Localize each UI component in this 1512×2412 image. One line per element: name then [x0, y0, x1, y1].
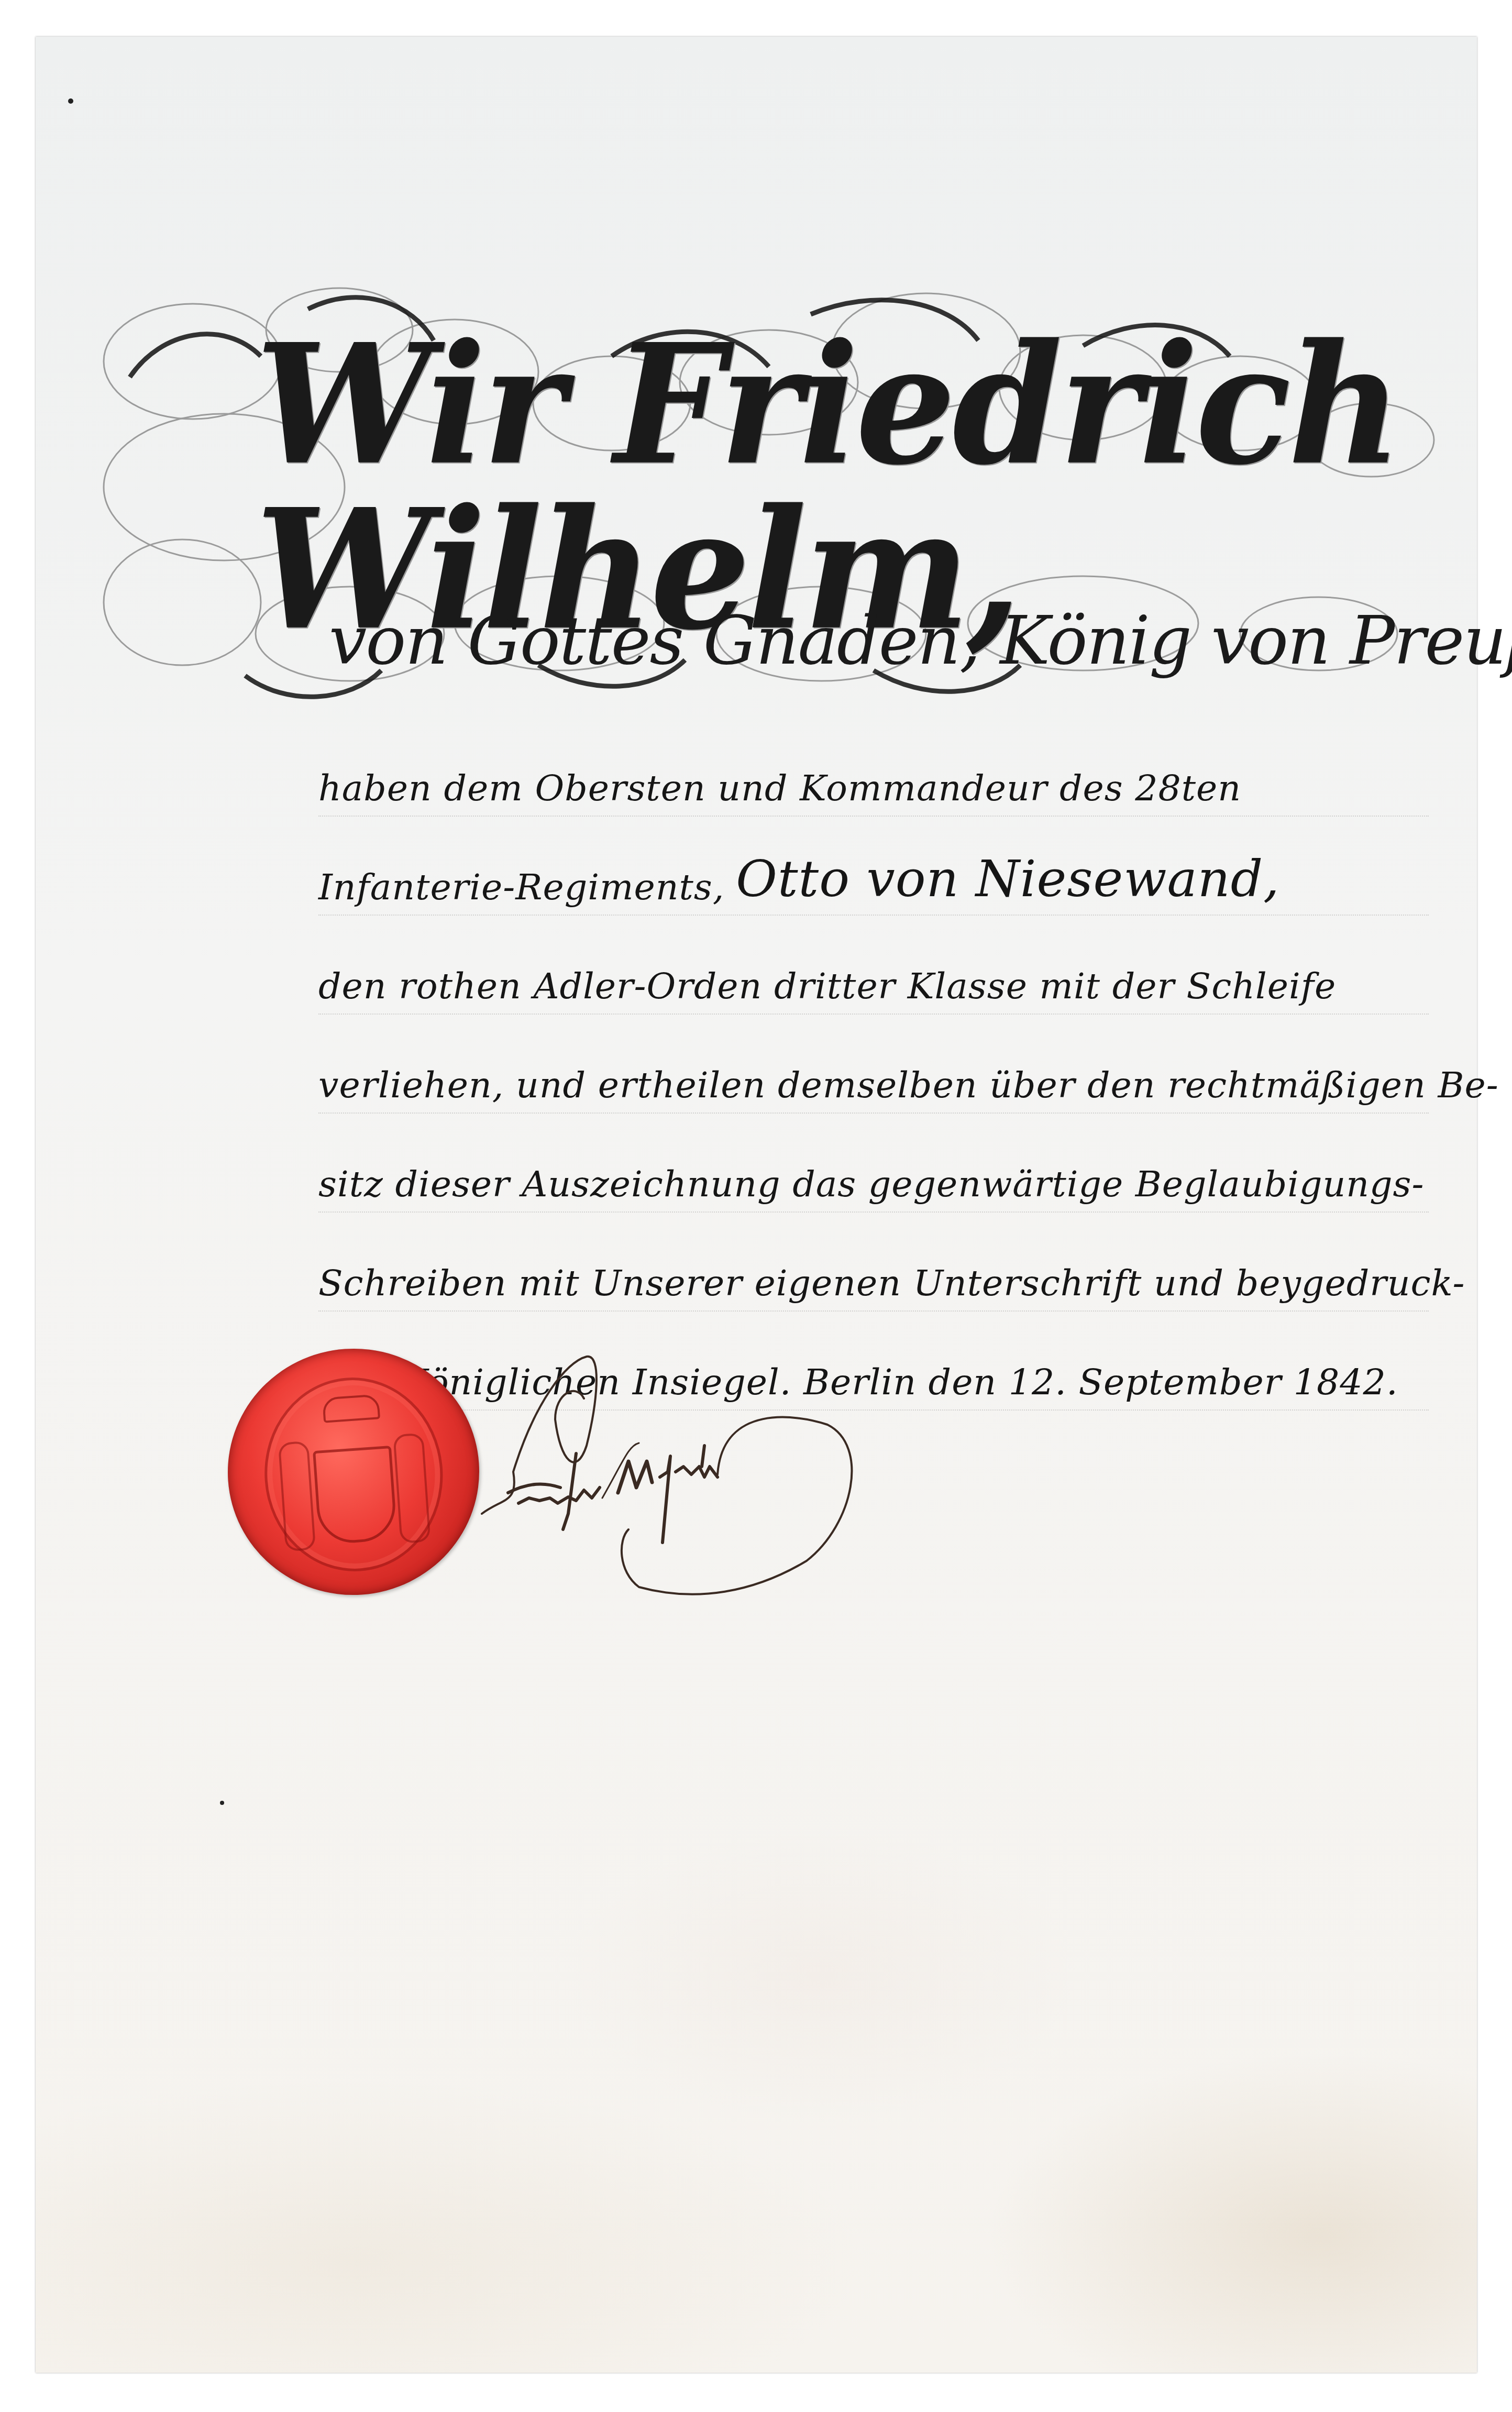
body-line-text: den rothen Adler-Orden dritter Klasse mi… — [318, 966, 1336, 1007]
body-line-text: Infanterie-Regiments, — [318, 867, 724, 908]
body-line-text: verliehen, und ertheilen demselben über … — [318, 1065, 1499, 1106]
body-line-text: Schreiben mit Unserer eigenen Unterschri… — [318, 1263, 1465, 1304]
body-line: den rothen Adler-Orden dritter Klasse mi… — [318, 916, 1429, 1015]
recipient-name: Otto von Niesewand, — [736, 850, 1279, 908]
body-line: Infanterie-Regiments, Otto von Niesewand… — [318, 817, 1429, 916]
body-line: sitz dieser Auszeichnung das gegenwärtig… — [318, 1114, 1429, 1213]
royal-signature: Friedrich Wilhelm — [471, 1341, 1309, 1734]
body-line-text: haben dem Obersten und Kommandeur des 28… — [318, 768, 1241, 809]
heading-royal-title: von Gottes Gnaden, König von Preußen, — [329, 608, 1512, 675]
paper-speck — [220, 1801, 224, 1805]
document-body: haben dem Obersten und Kommandeur des 28… — [318, 718, 1429, 1411]
body-line: verliehen, und ertheilen demselben über … — [318, 1015, 1429, 1114]
crown-icon — [322, 1394, 380, 1423]
paper-speck — [68, 98, 73, 104]
coat-of-arms-shield-icon — [313, 1446, 398, 1545]
document-paper: Wir Friedrich Wilhelm, von Gottes Gnaden… — [36, 37, 1477, 2373]
body-line-text: sitz dieser Auszeichnung das gegenwärtig… — [318, 1164, 1424, 1205]
body-line: Schreiben mit Unserer eigenen Unterschri… — [318, 1213, 1429, 1312]
body-line: haben dem Obersten und Kommandeur des 28… — [318, 718, 1429, 817]
